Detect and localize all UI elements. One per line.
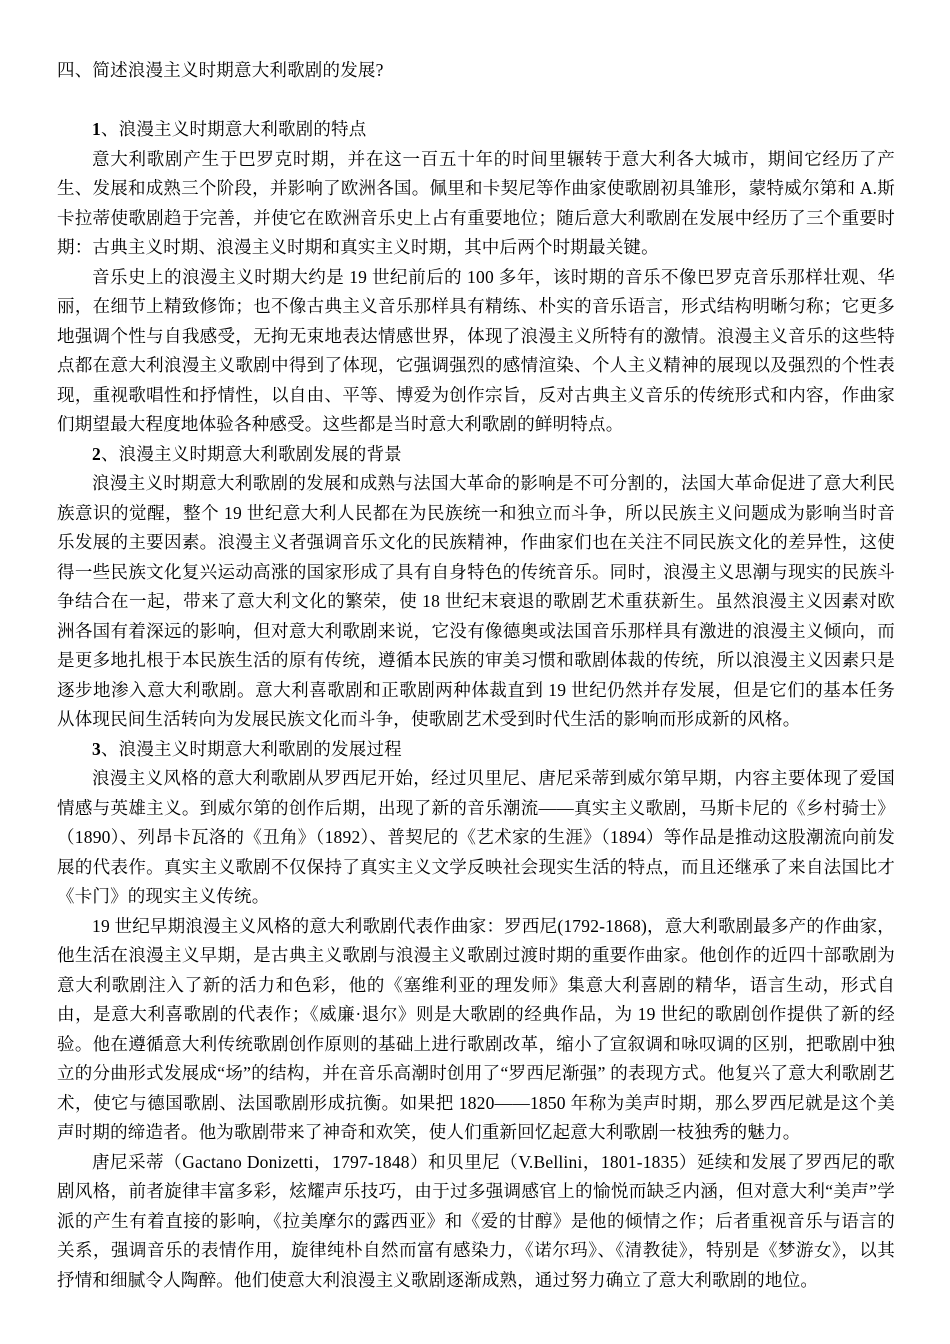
document-body: 四、简述浪漫主义时期意大利歌剧的发展? 1、浪漫主义时期意大利歌剧的特点 意大利… — [57, 56, 895, 1295]
section-heading-1: 1、浪漫主义时期意大利歌剧的特点 — [57, 115, 895, 145]
paragraph: 19 世纪早期浪漫主义风格的意大利歌剧代表作曲家：罗西尼(1792-1868)，… — [57, 912, 895, 1148]
document-title: 四、简述浪漫主义时期意大利歌剧的发展? — [57, 56, 895, 86]
paragraph: 浪漫主义时期意大利歌剧的发展和成熟与法国大革命的影响是不可分割的，法国大革命促进… — [57, 469, 895, 735]
section-heading-text: 、浪漫主义时期意大利歌剧的发展过程 — [101, 739, 402, 759]
section-heading-3: 3、浪漫主义时期意大利歌剧的发展过程 — [57, 735, 895, 765]
section-heading-2: 2、浪漫主义时期意大利歌剧发展的背景 — [57, 440, 895, 470]
paragraph: 浪漫主义风格的意大利歌剧从罗西尼开始，经过贝里尼、唐尼采蒂到威尔第早期，内容主要… — [57, 764, 895, 912]
section-heading-number: 2 — [92, 444, 101, 464]
paragraph: 意大利歌剧产生于巴罗克时期，并在这一百五十年的时间里辗转于意大利各大城市，期间它… — [57, 145, 895, 263]
section-heading-text: 、浪漫主义时期意大利歌剧发展的背景 — [101, 444, 402, 464]
blank-line — [57, 86, 895, 116]
paragraph: 音乐史上的浪漫主义时期大约是 19 世纪前后的 100 多年，该时期的音乐不像巴… — [57, 263, 895, 440]
document-page: 四、简述浪漫主义时期意大利歌剧的发展? 1、浪漫主义时期意大利歌剧的特点 意大利… — [0, 0, 950, 1344]
section-heading-number: 3 — [92, 739, 101, 759]
paragraph: 唐尼采蒂（Gactano Donizetti，1797-1848）和贝里尼（V.… — [57, 1148, 895, 1296]
section-heading-text: 、浪漫主义时期意大利歌剧的特点 — [101, 119, 367, 139]
section-heading-number: 1 — [92, 119, 101, 139]
